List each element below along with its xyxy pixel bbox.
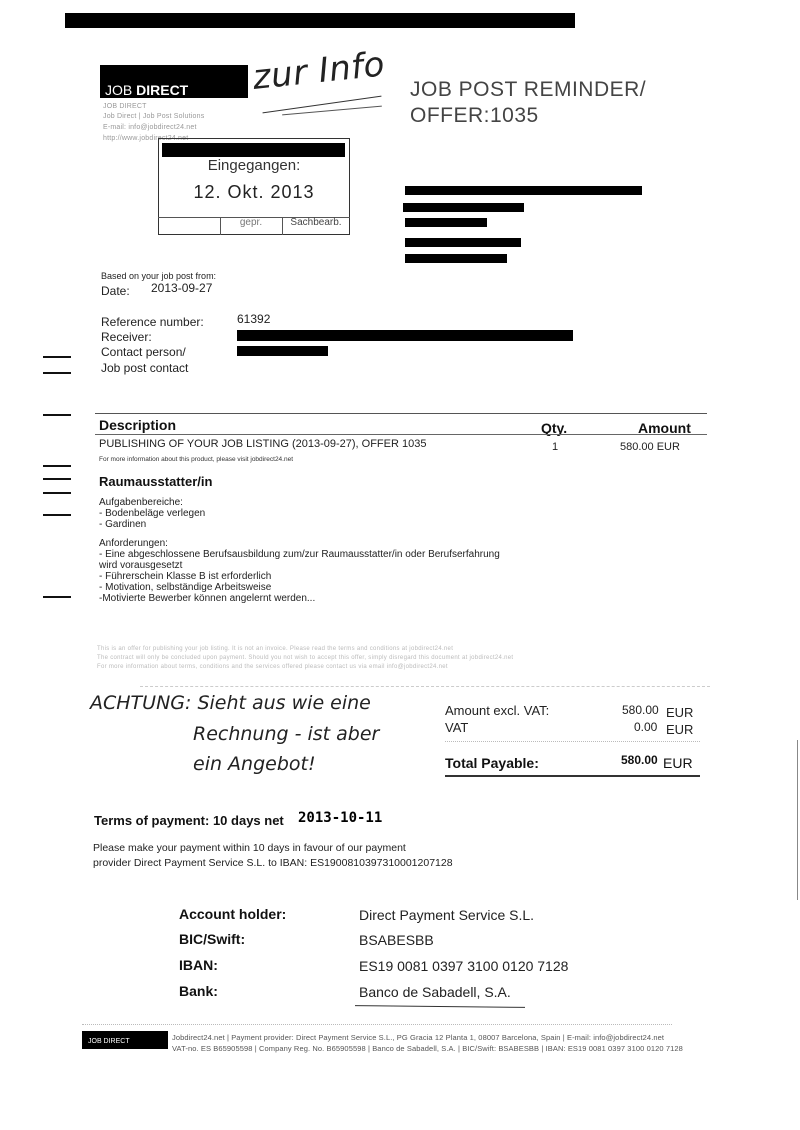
total-double-rule [445, 775, 700, 777]
document-title: JOB POST REMINDER/ OFFER:1035 [410, 77, 646, 129]
vat-currency: EUR [666, 722, 693, 737]
footer-line: VAT-no. ES B65905598 | Company Reg. No. … [172, 1044, 683, 1053]
redacted-contact [237, 346, 328, 356]
handwritten-underline [355, 1005, 525, 1008]
fine-print-line: The contract will only be concluded upon… [97, 654, 517, 663]
row-amount: 580.00 EUR [620, 441, 680, 453]
sender-address-line: Job Direct | Job Post Solutions [103, 113, 204, 120]
reference-value: 61392 [237, 312, 270, 326]
redacted-receiver [237, 330, 573, 341]
reference-label: Reference number: [101, 315, 204, 329]
row-description: PUBLISHING OF YOUR JOB LISTING (2013-09-… [99, 438, 426, 450]
payment-due-date: 2013-10-11 [298, 810, 382, 826]
handwritten-warning-line: ACHTUNG: Sieht aus wie eine [90, 692, 371, 714]
fine-print-line: This is an offer for publishing your job… [97, 645, 517, 654]
margin-mark [43, 465, 71, 467]
bic-label: BIC/Swift: [179, 931, 245, 947]
title-line-2: OFFER:1035 [410, 103, 646, 129]
requirement-item: - Eine abgeschlossene Berufsausbildung z… [99, 549, 500, 560]
table-header-rule [95, 434, 707, 435]
bank-label: Bank: [179, 983, 218, 999]
job-tasks: Aufgabenbereiche: - Bodenbeläge verlegen… [99, 497, 205, 530]
contact-label: Contact person/ [101, 345, 186, 359]
title-line-1: JOB POST REMINDER/ [410, 77, 646, 103]
based-on-label: Based on your job post from: [101, 271, 216, 281]
requirement-item: - Motivation, selbständige Arbeitsweise [99, 582, 500, 593]
job-title: Raumausstatter/in [99, 474, 212, 489]
contact-label-2: Job post contact [101, 361, 188, 375]
redacted-recipient-line [405, 254, 507, 263]
fine-print: This is an offer for publishing your job… [97, 645, 517, 672]
fine-print-line: For more information about terms, condit… [97, 663, 517, 672]
row-qty: 1 [552, 441, 558, 453]
account-holder-label: Account holder: [179, 906, 286, 922]
date-label: Date: [101, 284, 130, 298]
requirement-item: wird vorausgesetzt [99, 560, 500, 571]
bic-value: BSABESBB [359, 932, 434, 948]
stamp-cell-clerk: Sachbearb. [283, 217, 349, 235]
stamp-cell-checked: gepr. [220, 217, 283, 235]
logo-prefix: JOB [105, 82, 132, 98]
payment-instructions: Please make your payment within 10 days … [93, 841, 453, 871]
redacted-recipient-line [405, 186, 642, 195]
account-holder-value: Direct Payment Service S.L. [359, 907, 534, 923]
handwritten-warning-line: Rechnung - ist aber [193, 723, 379, 745]
task-item: - Gardinen [99, 519, 205, 530]
footer-rule [82, 1024, 672, 1025]
redacted-recipient-line [403, 203, 524, 212]
stamp-label: Eingegangen: [158, 157, 350, 174]
scan-edge [797, 740, 798, 900]
margin-mark [43, 356, 71, 358]
sender-logo: JOB DIRECT [100, 65, 248, 98]
margin-mark [43, 596, 71, 598]
job-requirements: Anforderungen: - Eine abgeschlossene Ber… [99, 538, 500, 604]
handwritten-warning-line: ein Angebot! [193, 753, 316, 775]
footer-line: Jobdirect24.net | Payment provider: Dire… [172, 1033, 664, 1042]
faded-rule [140, 686, 710, 687]
payment-terms: Terms of payment: 10 days net [94, 813, 284, 828]
iban-value: ES19 0081 0397 3100 0120 7128 [359, 958, 568, 974]
instruction-line: provider Direct Payment Service S.L. to … [93, 856, 453, 871]
total-label: Total Payable: [445, 755, 539, 771]
redacted-header-bar [65, 13, 575, 28]
total-value: 580.00 [621, 753, 658, 767]
margin-mark [43, 492, 71, 494]
footer-logo: JOB DIRECT [82, 1031, 168, 1049]
tasks-heading: Aufgabenbereiche: [99, 497, 205, 508]
redacted-stamp-header [162, 143, 345, 157]
redacted-recipient-line [405, 218, 487, 227]
requirement-item: -Motivierte Bewerber können angelernt we… [99, 593, 500, 604]
handwritten-note-top: zur Info [251, 44, 387, 98]
margin-mark [43, 478, 71, 480]
margin-mark [43, 372, 71, 374]
date-value: 2013-09-27 [151, 281, 212, 295]
receiver-label: Receiver: [101, 330, 152, 344]
margin-mark [43, 414, 71, 416]
sender-address-line: E-mail: info@jobdirect24.net [103, 124, 197, 131]
vat-value: 0.00 [634, 720, 657, 734]
task-item: - Bodenbeläge verlegen [99, 508, 205, 519]
vat-label: VAT [445, 720, 468, 735]
stamp-cell [158, 217, 221, 235]
stamp-date: 12. Okt. 2013 [158, 182, 350, 203]
table-top-rule [95, 413, 707, 414]
total-currency: EUR [663, 755, 693, 771]
more-info-text: For more information about this product,… [99, 456, 293, 463]
excl-vat-value: 580.00 [622, 703, 659, 717]
excl-vat-currency: EUR [666, 705, 693, 720]
redacted-recipient-line [405, 238, 521, 247]
instruction-line: Please make your payment within 10 days … [93, 841, 453, 856]
requirement-item: - Führerschein Klasse B ist erforderlich [99, 571, 500, 582]
margin-mark [43, 514, 71, 516]
header-description: Description [99, 417, 176, 433]
excl-vat-label: Amount excl. VAT: [445, 703, 549, 718]
requirements-heading: Anforderungen: [99, 538, 500, 549]
bank-value: Banco de Sabadell, S.A. [359, 984, 511, 1000]
totals-rule [445, 741, 700, 742]
sender-address-line: JOB DIRECT [103, 103, 147, 110]
logo-suffix: DIRECT [136, 82, 188, 98]
iban-label: IBAN: [179, 957, 218, 973]
